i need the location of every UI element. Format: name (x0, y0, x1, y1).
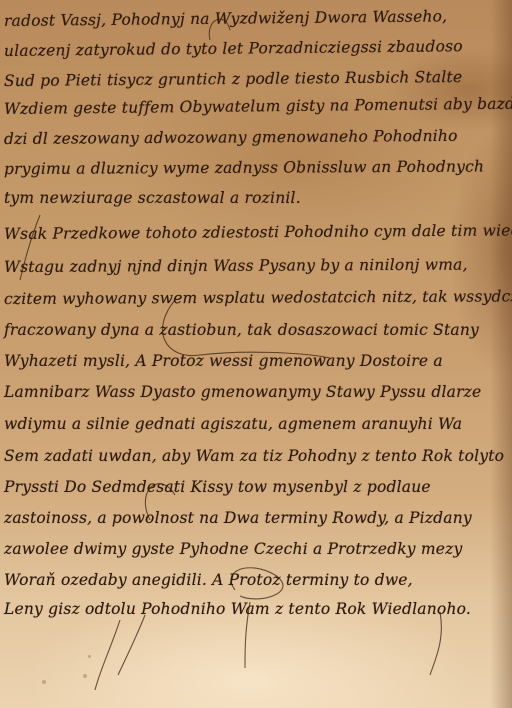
manuscript-line-1: radost Vassj, Pohodnyj na Wyzdwiženj Dwo… (4, 7, 447, 30)
manuscript-line-13: Lamnibarz Wass Dyasto gmenowanymy Stawy … (4, 383, 481, 401)
manuscript-line-18: zawolee dwimy gyste Pyhodne Czechi a Pro… (4, 540, 463, 558)
manuscript-line-15: Sem zadati uwdan, aby Wam za tiz Pohodny… (4, 447, 504, 465)
manuscript-line-11: fraczowany dyna a zastiobun, tak dosaszo… (4, 321, 479, 339)
manuscript-line-6: prygimu a dluznicy wyme zadnyss Obnisslu… (4, 157, 484, 178)
manuscript-line-9: Wstagu zadnyj njnd dinjn Wass Pysany by … (4, 256, 468, 276)
manuscript-line-3: Sud po Pieti tisycz gruntich z podle tie… (4, 68, 462, 90)
paper-stain (88, 655, 91, 658)
manuscript-line-7: tym newziurage sczastowal a rozinil. (4, 189, 301, 207)
manuscript-page: radost Vassj, Pohodnyj na Wyzdwiženj Dwo… (0, 0, 512, 708)
manuscript-line-5: dzi dl zeszowany adwozowany gmenowaneho … (4, 127, 458, 148)
manuscript-line-14: wdiymu a silnie gednati agiszatu, agmene… (4, 415, 462, 433)
manuscript-line-12: Wyhazeti mysli, A Protoz wessi gmenowany… (4, 352, 443, 370)
manuscript-line-20: Leny gisz odtolu Pohodniho Wam z tento R… (4, 600, 471, 618)
manuscript-line-16: Pryssti Do Sedmdesati Kissy tow mysenbyl… (4, 478, 431, 496)
paper-stain (42, 680, 46, 684)
paper-stain (83, 674, 87, 678)
manuscript-line-19: Woraň ozedaby anegidili. A Protoz termin… (4, 571, 413, 589)
manuscript-line-8: Wsak Przedkowe tohoto zdiestosti Pohodni… (4, 221, 512, 243)
manuscript-line-10: czitem wyhowany swem wsplatu wedostatcic… (4, 287, 512, 308)
manuscript-line-2: ulaczenj zatyrokud do tyto let Porzadnic… (4, 37, 463, 60)
manuscript-line-17: zastoinoss, a powolnost na Dwa terminy R… (4, 509, 472, 527)
manuscript-line-4: Wzdiem geste tuffem Obywatelum gisty na … (4, 95, 512, 118)
